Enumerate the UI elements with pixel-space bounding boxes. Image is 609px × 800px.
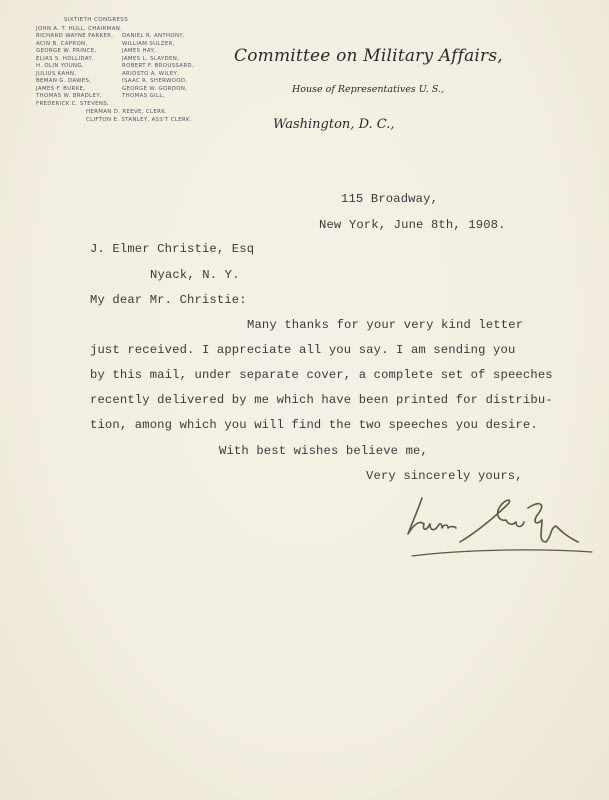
member-row: Thomas W. Bradley,Thomas Gill,: [36, 93, 236, 101]
member-row: Elias S. Holliday,James L. Slayden,: [36, 56, 236, 64]
member-row: Frederick C. Stevens,: [36, 101, 236, 109]
member-name: John A. T. Hull, Chairman.: [36, 26, 122, 34]
house-subtitle: House of Representatives U. S.,: [292, 84, 444, 95]
member-row: James F. Burke,George W. Gordon,: [36, 86, 236, 94]
member-name: William Sulzer,: [122, 41, 175, 49]
body-line: Many thanks for your very kind letter: [247, 318, 523, 332]
member-row: Richard Wayne Parker,Daniel R. Anthony,: [36, 33, 236, 41]
closing: Very sincerely yours,: [366, 469, 523, 483]
congress-heading: Sixtieth Congress: [36, 17, 156, 25]
letter-page: Sixtieth Congress John A. T. Hull, Chair…: [0, 0, 609, 800]
member-name: James L. Slayden,: [122, 56, 179, 64]
member-name: Richard Wayne Parker,: [36, 33, 122, 41]
recipient-name: J. Elmer Christie, Esq: [90, 242, 254, 256]
member-row: Beman G. Dawes,Isaac R. Sherwood,: [36, 78, 236, 86]
body-line: just received. I appreciate all you say.…: [90, 343, 515, 357]
member-name: Elias S. Holliday,: [36, 56, 122, 64]
body-line: by this mail, under separate cover, a co…: [90, 368, 553, 382]
member-row: Acin B. Capron,William Sulzer,: [36, 41, 236, 49]
member-row: H. Olin Young,Robert F. Broussard,: [36, 63, 236, 71]
salutation: My dear Mr. Christie:: [90, 293, 247, 307]
member-name: Daniel R. Anthony,: [122, 33, 185, 41]
member-name: Robert F. Broussard,: [122, 63, 194, 71]
member-row: George W. Prince,James Hay,: [36, 48, 236, 56]
member-name: Acin B. Capron,: [36, 41, 122, 49]
member-name: George W. Gordon,: [122, 86, 187, 94]
body-line: tion, among which you will find the two …: [90, 418, 538, 432]
member-name: Julius Kahn,: [36, 71, 122, 79]
recipient-location: Nyack, N. Y.: [150, 268, 240, 282]
committee-members-list: Sixtieth Congress John A. T. Hull, Chair…: [36, 17, 236, 124]
place-and-date: New York, June 8th, 1908.: [319, 218, 506, 232]
member-name: Thomas W. Bradley,: [36, 93, 122, 101]
clerk-name: Herman D. Reeve, Clerk.: [86, 109, 236, 117]
member-name: Beman G. Dawes,: [36, 78, 122, 86]
handwritten-signature: [400, 490, 600, 570]
committee-title: Committee on Military Affairs,: [234, 46, 503, 66]
member-name: James Hay,: [122, 48, 156, 56]
member-name: Thomas Gill,: [122, 93, 165, 101]
letterhead-city: Washington, D. C.,: [273, 117, 395, 132]
member-row: Julius Kahn,Ariosto A. Wiley,: [36, 71, 236, 79]
member-name: Ariosto A. Wiley,: [122, 71, 179, 79]
body-line: recently delivered by me which have been…: [90, 393, 553, 407]
clerk-name: Clifton E. Stanley, Ass't Clerk.: [86, 117, 236, 125]
closing-wish: With best wishes believe me,: [219, 444, 428, 458]
clerks-list: Herman D. Reeve, Clerk. Clifton E. Stanl…: [86, 109, 236, 124]
sender-address: 115 Broadway,: [341, 192, 438, 206]
member-row: John A. T. Hull, Chairman.: [36, 26, 236, 34]
member-name: George W. Prince,: [36, 48, 122, 56]
member-name: Frederick C. Stevens,: [36, 101, 122, 109]
member-name: H. Olin Young,: [36, 63, 122, 71]
member-name: Isaac R. Sherwood,: [122, 78, 187, 86]
member-name: James F. Burke,: [36, 86, 122, 94]
